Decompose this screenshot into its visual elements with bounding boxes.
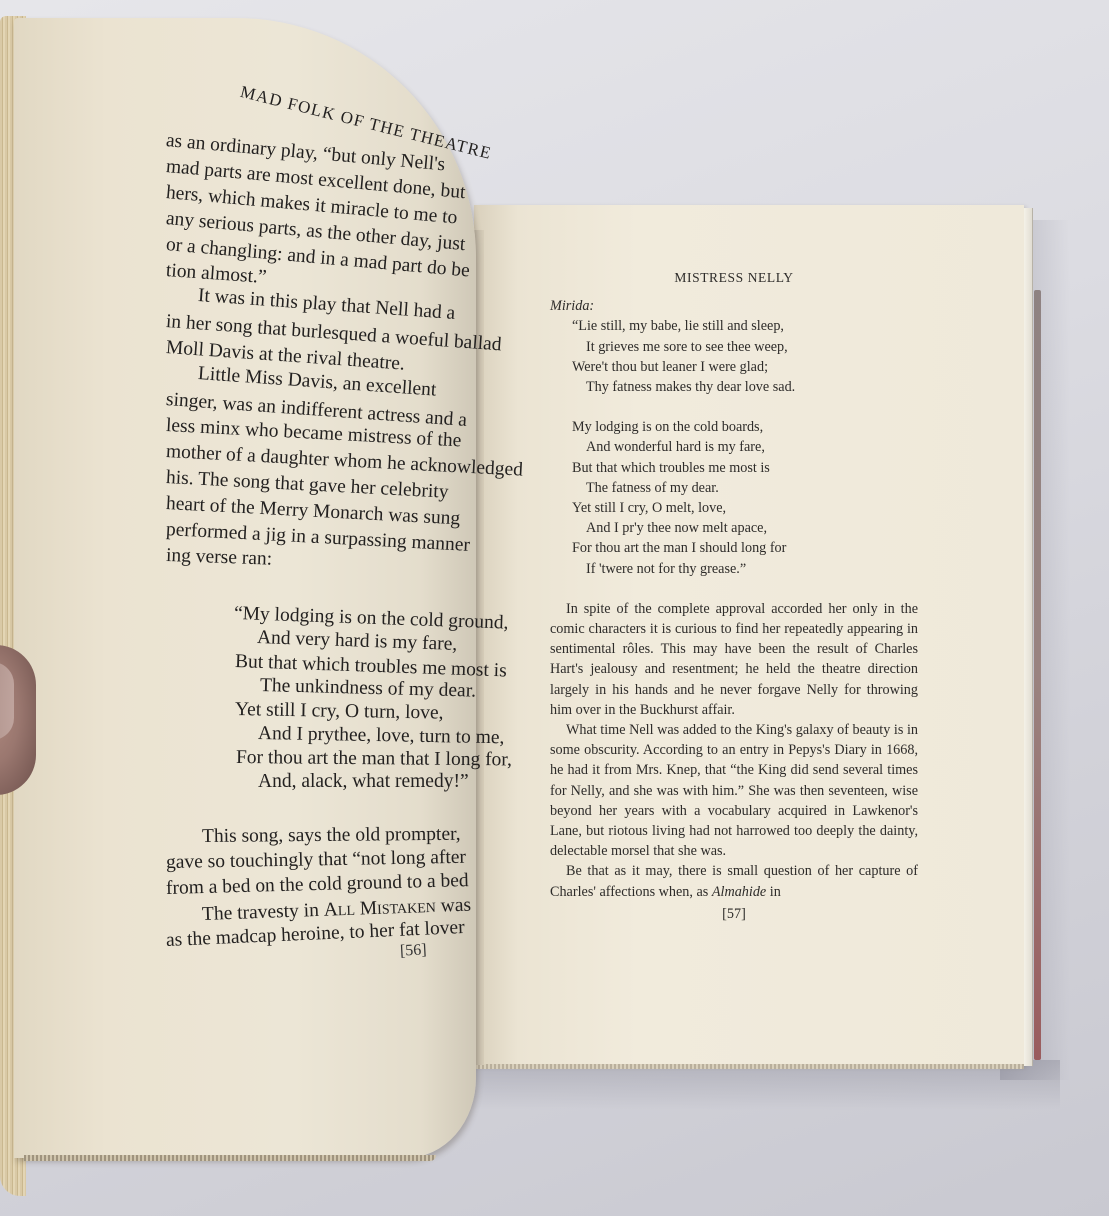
italic-title: Almahide [712, 884, 766, 900]
verse-stanza-1: “Lie still, my babe, lie still and sleep… [550, 316, 918, 397]
verse-line: Yet still I cry, O turn, love, [235, 699, 444, 725]
verse-line: And wonderful hard is my fare, [550, 437, 918, 457]
verse-line: The fatness of my dear. [550, 478, 918, 498]
paragraph: Be that as it may, there is small questi… [550, 861, 918, 901]
page-number-right: [57] [550, 904, 918, 924]
paragraph: In spite of the complete approval accord… [550, 599, 918, 720]
verse-line: For thou art the man I should long for [550, 538, 918, 558]
deckle-edge [474, 1064, 1024, 1069]
running-head-right: MISTRESS NELLY [550, 268, 918, 288]
verse-stanza-2: My lodging is on the cold boards, And wo… [550, 417, 918, 579]
small-caps-title: All Mistaken [323, 896, 436, 921]
verse-line: For thou art the man that I long for, [236, 747, 512, 771]
verse-line: “Lie still, my babe, lie still and sleep… [550, 316, 918, 336]
book-cover-edge [1034, 290, 1041, 1060]
deckle-edge [24, 1155, 436, 1161]
page-number-left: [56] [400, 941, 428, 960]
verse-line: And I pr'y thee now melt apace, [550, 518, 918, 538]
speaker-label: Mirida: [550, 296, 918, 316]
verse-line: And, alack, what remedy!” [258, 771, 469, 793]
paragraph: What time Nell was added to the King's g… [550, 720, 918, 861]
verse-line: But that which troubles me most is [550, 458, 918, 478]
verse-line: Thy fatness makes thy dear love sad. [550, 377, 918, 397]
verse-line: And I prythee, love, turn to me, [258, 723, 505, 749]
text-line: This song, says the old prompter, [202, 824, 461, 848]
verse-line: Were't thou but leaner I were glad; [550, 357, 918, 377]
verse-line: Yet still I cry, O melt, love, [550, 498, 918, 518]
page-block-edge [1024, 208, 1033, 1066]
text-line: ing verse ran: [166, 545, 273, 571]
verse-line: My lodging is on the cold boards, [550, 417, 918, 437]
verse-line: It grieves me sore to see thee weep, [550, 337, 918, 357]
right-page-text: MISTRESS NELLY Mirida: “Lie still, my ba… [550, 268, 918, 924]
verse-line: If 'twere not for thy grease.” [550, 559, 918, 579]
